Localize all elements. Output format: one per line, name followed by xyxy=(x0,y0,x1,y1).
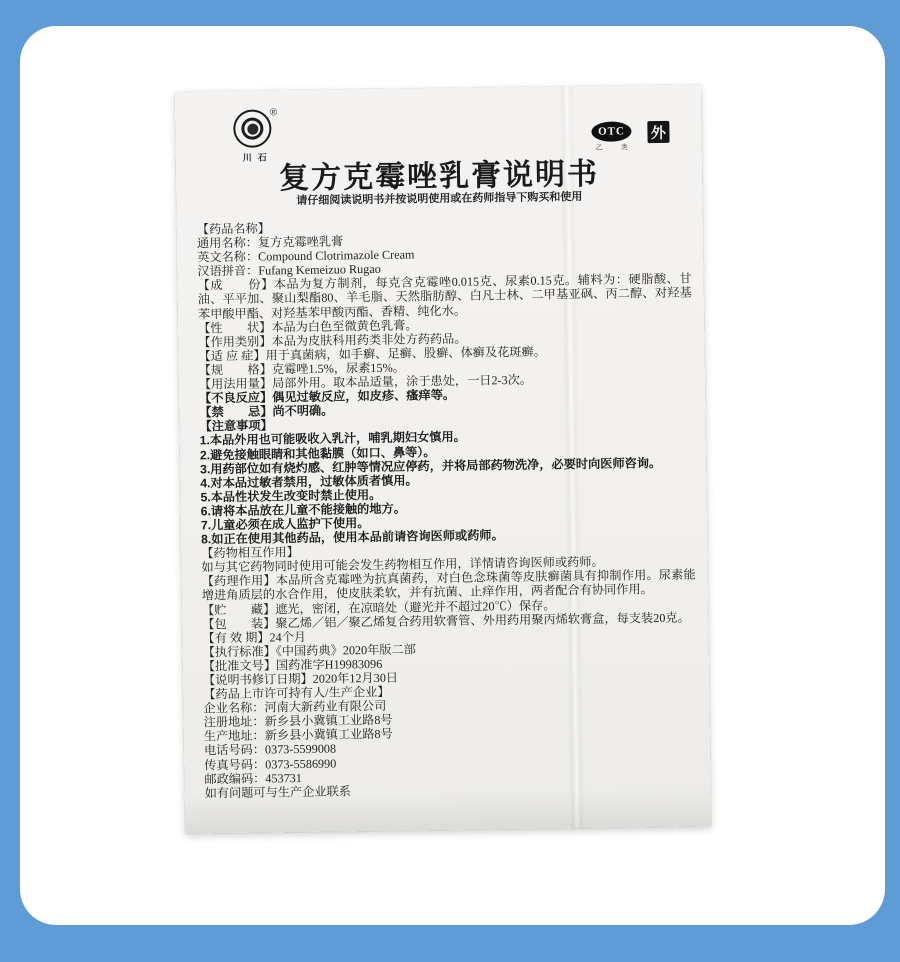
leaflet-body: 【药品名称】通用名称：复方克霉唑乳膏英文名称：Compound Clotrima… xyxy=(197,216,699,801)
page: { "page": { "background_color": "#5f9bd5… xyxy=(0,0,900,962)
leaflet-line: 【成 份】本品为复方制剂，每克含克霉唑0.015克、尿素0.15克。辅料为：硬脂… xyxy=(197,272,692,321)
white-card: ® 川石 OTC 乙 类 外 复方克霉唑乳膏说明书 请仔细阅读说明书并按说明使用… xyxy=(20,26,885,925)
otc-badge-icon: OTC xyxy=(591,121,631,142)
brand-logo-icon: ® xyxy=(233,109,278,150)
registered-trademark-icon: ® xyxy=(270,107,278,118)
external-use-badge: 外 xyxy=(647,121,669,143)
leaflet-paper: ® 川石 OTC 乙 类 外 复方克霉唑乳膏说明书 请仔细阅读说明书并按说明使用… xyxy=(175,84,711,833)
